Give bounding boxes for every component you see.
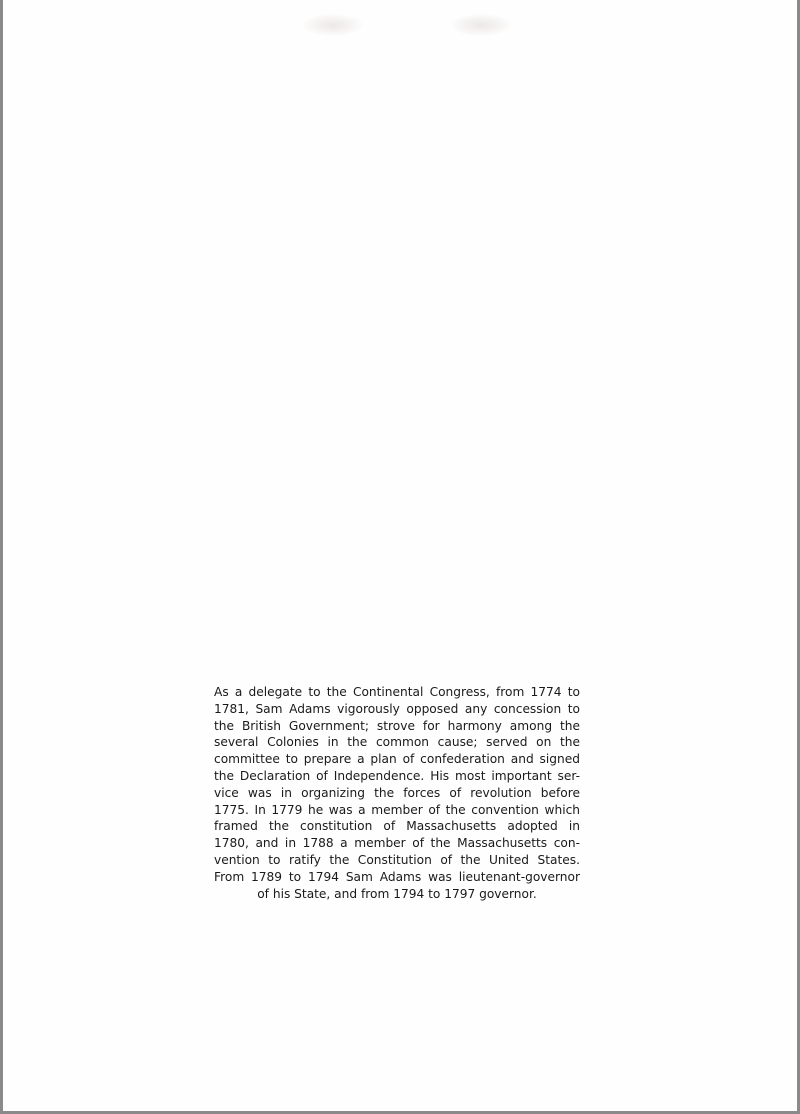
paragraph-line: As a delegate to the Continental Congres… (214, 684, 580, 701)
paragraph-line: framed the constitution of Massachusetts… (214, 818, 580, 835)
paragraph-line-final: of his State, and from 1794 to 1797 gove… (214, 886, 580, 903)
paragraph-line: vice was in organizing the forces of rev… (214, 785, 580, 802)
paper-smudge (303, 14, 363, 36)
paragraph-line: 1775. In 1779 he was a member of the con… (214, 802, 580, 819)
biography-paragraph: As a delegate to the Continental Congres… (214, 684, 580, 902)
paragraph-line: 1781, Sam Adams vigorously opposed any c… (214, 701, 580, 718)
paper-smudge (451, 14, 511, 36)
paragraph-line: several Colonies in the common cause; se… (214, 734, 580, 751)
paragraph-line: From 1789 to 1794 Sam Adams was lieutena… (214, 869, 580, 886)
paragraph-line: the Declaration of Independence. His mos… (214, 768, 580, 785)
paragraph-line: vention to ratify the Constitution of th… (214, 852, 580, 869)
document-page: As a delegate to the Continental Congres… (0, 0, 800, 1114)
paragraph-line: committee to prepare a plan of confedera… (214, 751, 580, 768)
paragraph-line: 1780, and in 1788 a member of the Massac… (214, 835, 580, 852)
paragraph-line: the British Government; strove for harmo… (214, 718, 580, 735)
